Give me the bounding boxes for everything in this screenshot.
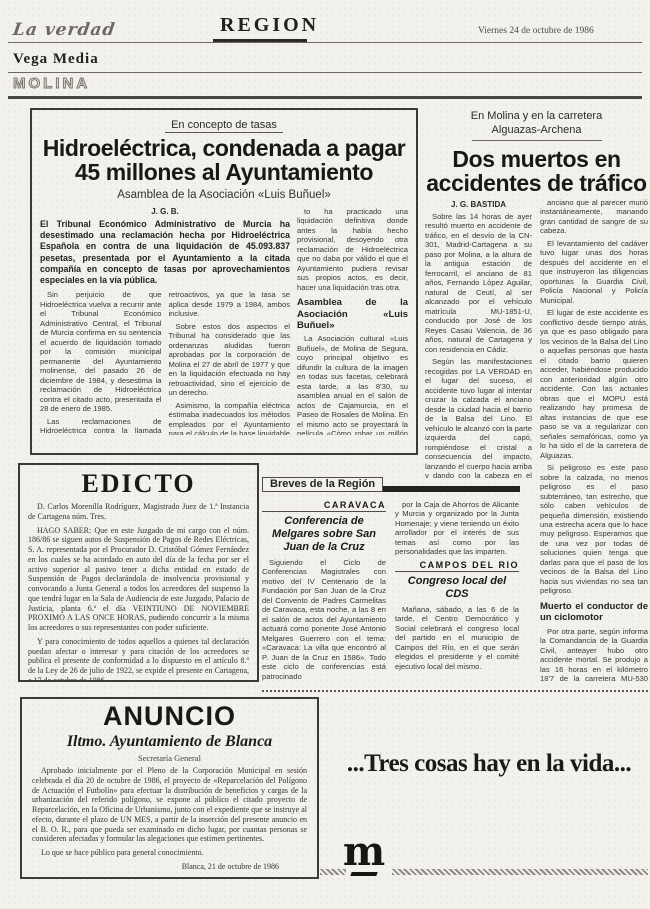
anuncio-place-date: Blanca, 21 de octubre de 1986	[32, 862, 307, 872]
main-article-body: J. G. B. El Tribunal Económico Administr…	[40, 207, 408, 435]
headline-line: Hidroeléctrica, condenada a pagar	[40, 136, 408, 160]
headline-line: 45 millones al Ayuntamiento	[40, 160, 408, 184]
article-paragraph: to ha practicado una liquidación definit…	[297, 207, 408, 292]
kicker-line: Alguazas-Archena	[425, 124, 648, 138]
legal-paragraph: HAGO SABER: Que en este Juzgado de mi ca…	[28, 526, 249, 633]
legal-paragraph: D. Carlos Morenilla Rodríguez, Magistrad…	[28, 502, 249, 522]
advert-hatch-line-right	[392, 869, 648, 875]
main-article-lead-columns: J. G. B. El Tribunal Económico Administr…	[40, 207, 290, 435]
article-paragraph: Sobre estos dos aspectos el Tribunal ha …	[169, 322, 291, 398]
main-article: En concepto de tasas Hidroeléctrica, con…	[30, 108, 418, 455]
article-paragraph: Asimismo, la compañía eléctrica estimaba…	[169, 401, 291, 435]
article-paragraph: La Asociación cultural «Luis Buñuel», de…	[297, 334, 408, 434]
newspaper-page: La verdad REGION Viernes 24 de octubre d…	[0, 0, 650, 909]
anuncio-body: Aprobado inicialmente por el Pleno de la…	[32, 766, 307, 879]
breves-column-2: por la Caja de Ahorros de Alicante y Mur…	[395, 500, 519, 686]
m-logo-underline	[350, 872, 377, 876]
main-article-byline: J. G. B.	[40, 207, 290, 216]
traffic-article-byline: J. G. BASTIDA	[425, 200, 532, 209]
region-area-title: Vega Media	[13, 51, 99, 68]
newspaper-logo: La verdad	[12, 20, 117, 40]
main-article-subhead: Asamblea de la Asociación «Luis Buñuel»	[40, 189, 408, 201]
breves-column-1: CARAVACA Conferencia de Melgares sobre S…	[262, 500, 386, 686]
main-article-headline: Hidroeléctrica, condenada a pagar 45 mil…	[40, 136, 408, 185]
headline-line: accidentes de tráfico	[425, 171, 648, 195]
brief-headline: Congreso local del CDS	[395, 575, 519, 601]
headline-line: Dos muertos en	[425, 147, 648, 171]
edicto-title: EDICTO	[28, 469, 249, 499]
brief-place-tag: CAMPOS DEL RIO	[395, 560, 519, 572]
anuncio-department: Secretaría General	[32, 753, 307, 763]
anuncio-title: ANUNCIO	[32, 701, 307, 732]
area-rule	[8, 72, 642, 73]
section-title: REGION	[220, 14, 319, 37]
traffic-article-inner-subhead: Muerto el conductor de un ciclomotor	[540, 601, 648, 624]
brief-body: Siguiendo el Ciclo de Conferencias Magis…	[262, 558, 386, 681]
issue-date: Viernes 24 de octubre de 1986	[478, 26, 594, 36]
article-paragraph: El lugar de este accidente es conflictiv…	[540, 308, 648, 460]
article-paragraph: anciano que al parecer murió instantánea…	[540, 198, 648, 236]
legal-paragraph: Aprobado inicialmente por el Pleno de la…	[32, 766, 307, 844]
town-rule	[8, 96, 642, 99]
main-article-kicker: En concepto de tasas	[165, 119, 283, 133]
brief-headline: Conferencia de Melgares sobre San Juan d…	[262, 515, 386, 554]
bottom-dotted-rule	[262, 690, 648, 692]
article-paragraph: El levantamiento del cadáver tuvo lugar …	[540, 239, 648, 305]
breves-section: Breves de la Región CARAVACA Conferencia…	[262, 477, 520, 689]
town-title: MOLINA	[13, 75, 90, 92]
advert-hatch-line-left	[320, 869, 346, 875]
kicker-line: En Molina y en la carretera	[425, 110, 648, 124]
brief-body: Mañana, sábado, a las 6 de la tarde, el …	[395, 605, 519, 671]
main-article-third-column: to ha practicado una liquidación definit…	[297, 207, 408, 435]
main-article-lead: El Tribunal Económico Administrativo de …	[40, 219, 290, 287]
main-article-two-columns: Sin perjuicio de que Hidroeléctrica vuel…	[40, 290, 290, 435]
main-article-inner-subhead: Asamblea de la Asociación «Luis Buñuel»	[297, 297, 408, 331]
advert-slogan: ...Tres cosas hay en la vida...	[328, 750, 650, 778]
masthead-rule	[8, 42, 642, 43]
m-logo-letter: m	[343, 828, 385, 875]
brief-body-continuation: por la Caja de Ahorros de Alicante y Mur…	[395, 500, 519, 557]
anuncio-notice: ANUNCIO Iltmo. Ayuntamiento de Blanca Se…	[20, 697, 319, 879]
breves-columns: CARAVACA Conferencia de Melgares sobre S…	[262, 500, 520, 686]
anuncio-signature: El Alcalde, Fdo.: Valero Martínez Palazó…	[32, 876, 307, 880]
traffic-article-kicker: En Molina y en la carretera Alguazas-Arc…	[425, 110, 648, 141]
traffic-article-column-1: J. G. BASTIDA Sobre las 14 horas de ayer…	[425, 200, 532, 478]
anuncio-organization: Iltmo. Ayuntamiento de Blanca	[32, 733, 307, 751]
breves-header-label: Breves de la Región	[262, 477, 383, 492]
breves-header-bar	[383, 486, 520, 492]
article-paragraph: Sobre las 14 horas de ayer resultó muert…	[425, 212, 532, 354]
brief-place-tag: CARAVACA	[262, 500, 386, 512]
breves-header: Breves de la Región	[262, 477, 520, 492]
traffic-article-column-2: anciano que al parecer murió instantánea…	[540, 198, 648, 684]
article-paragraph: Por otra parte, según informa la Comanda…	[540, 627, 648, 684]
edicto-notice: EDICTO D. Carlos Morenilla Rodríguez, Ma…	[18, 463, 259, 682]
legal-paragraph: Y para conocimiento de todos aquellos a …	[28, 637, 249, 682]
article-paragraph: Sin perjuicio de que Hidroeléctrica vuel…	[40, 290, 162, 413]
kicker-rule	[472, 140, 602, 141]
article-paragraph: Según las manifestaciones recogidas por …	[425, 357, 532, 478]
anuncio-closing: Lo que se hace público para general cono…	[32, 848, 307, 858]
traffic-article-headline: Dos muertos en accidentes de tráfico	[425, 147, 648, 195]
main-article-kicker-wrap: En concepto de tasas	[40, 115, 408, 133]
edicto-body: D. Carlos Morenilla Rodríguez, Magistrad…	[28, 502, 249, 682]
article-paragraph: Si peligroso es este paso sobre la calza…	[540, 463, 648, 596]
